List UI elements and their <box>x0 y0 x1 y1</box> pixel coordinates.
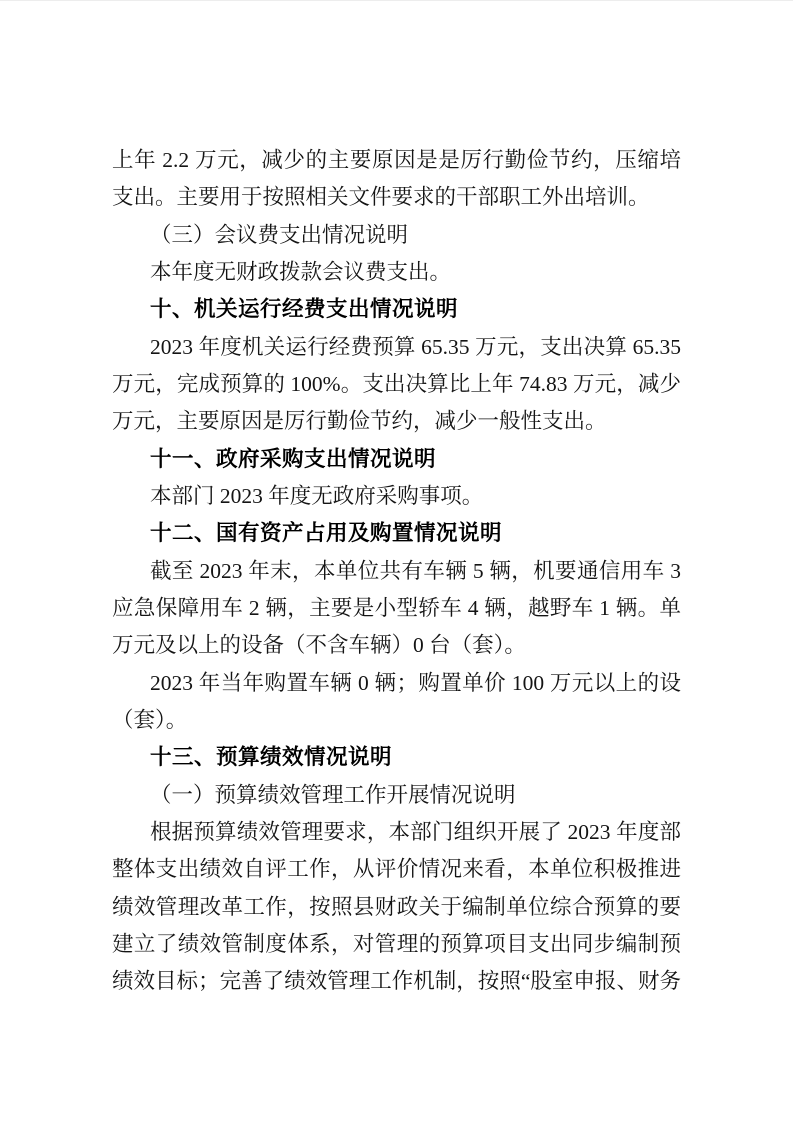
paragraph-line: 应急保障用车 2 辆，主要是小型轿车 4 辆，越野车 1 辆。单价 100 <box>112 590 681 627</box>
paragraph-line: 本年度无财政拨款会议费支出。 <box>112 254 681 291</box>
paragraph-line: 2023 年度机关运行经费预算 65.35 万元，支出决算 65.35 <box>112 329 681 366</box>
paragraph-line: 根据预算绩效管理要求，本部门组织开展了 2023 年度部门 <box>112 814 681 851</box>
paragraph-line: 万元及以上的设备（不含车辆）0 台（套）。 <box>112 627 681 664</box>
document-body: 上年 2.2 万元，减少的主要原因是是厉行勤俭节约，压缩培训费 支出。主要用于按… <box>112 142 681 1001</box>
paragraph-line: （套）。 <box>112 702 681 739</box>
paragraph-line: 建立了绩效管制度体系，对管理的预算项目支出同步编制预算和 <box>112 926 681 963</box>
section-heading-10: 十、机关运行经费支出情况说明 <box>112 291 681 328</box>
subsection-heading: （一）预算绩效管理工作开展情况说明 <box>112 777 681 814</box>
paragraph-line: 绩效目标；完善了绩效管理工作机制，按照“股室申报、财务审 <box>112 963 681 1000</box>
section-heading-12: 十二、国有资产占用及购置情况说明 <box>112 515 681 552</box>
paragraph-line: 万元，完成预算的 100%。支出决算比上年 74.83 万元，减少 9.48 <box>112 366 681 403</box>
paragraph-line: 支出。主要用于按照相关文件要求的干部职工外出培训。 <box>112 179 681 216</box>
document-page: 上年 2.2 万元，减少的主要原因是是厉行勤俭节约，压缩培训费 支出。主要用于按… <box>0 0 793 1122</box>
section-heading-11: 十一、政府采购支出情况说明 <box>112 441 681 478</box>
paragraph-line: 绩效管理改革工作，按照县财政关于编制单位综合预算的要求， <box>112 889 681 926</box>
section-heading-13: 十三、预算绩效情况说明 <box>112 739 681 776</box>
paragraph-line: 本部门 2023 年度无政府采购事项。 <box>112 478 681 515</box>
paragraph-line: 万元，主要原因是厉行勤俭节约，减少一般性支出。 <box>112 403 681 440</box>
paragraph-line: 整体支出绩效自评工作，从评价情况来看，本单位积极推进预算 <box>112 851 681 888</box>
paragraph-line: 截至 2023 年末，本单位共有车辆 5 辆，机要通信用车 3 辆， <box>112 553 681 590</box>
subsection-heading: （三）会议费支出情况说明 <box>112 217 681 254</box>
paragraph-line: 2023 年当年购置车辆 0 辆；购置单价 100 万元以上的设备 0 台 <box>112 665 681 702</box>
paragraph-line: 上年 2.2 万元，减少的主要原因是是厉行勤俭节约，压缩培训费 <box>112 142 681 179</box>
